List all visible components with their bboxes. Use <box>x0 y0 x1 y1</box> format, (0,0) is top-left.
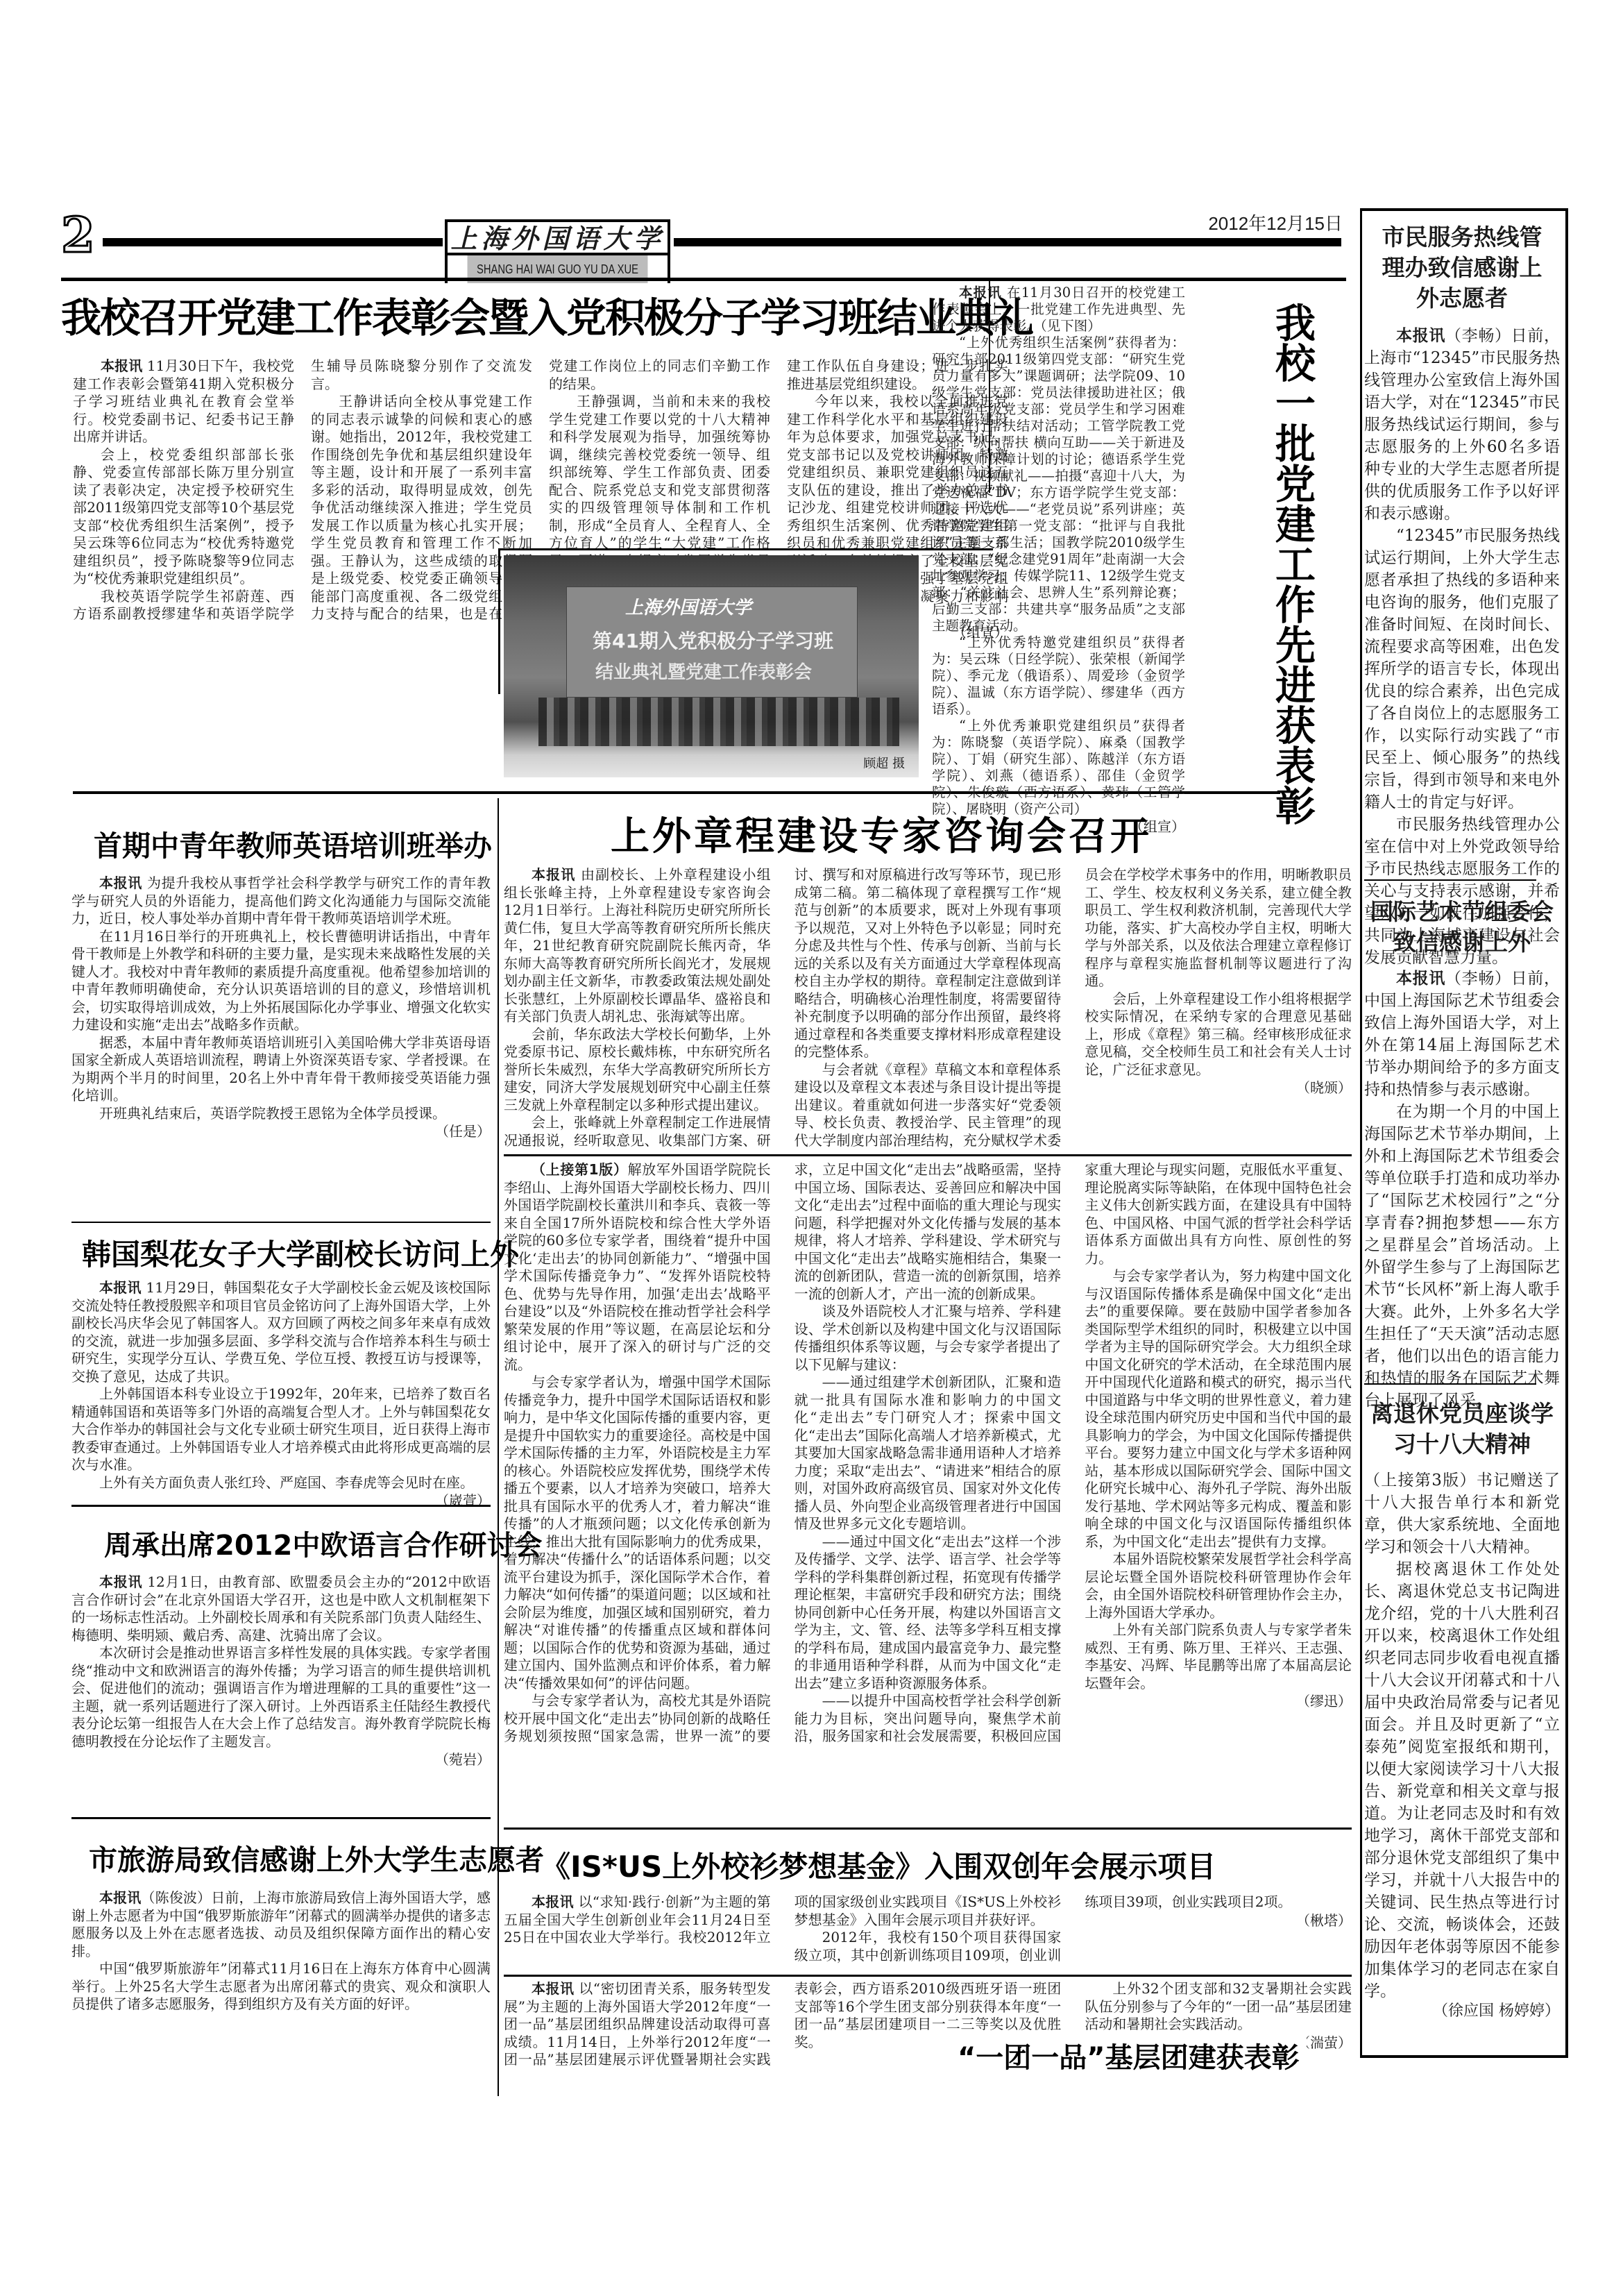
sidebar-rule-2 <box>1364 1383 1536 1385</box>
forum-continued-body: （上接第1版）解放军外国语学院院长李绍山、上海外国语大学副校长杨力、四川外国语学… <box>504 1161 1352 1821</box>
tourism-letter-body: 本报讯（陈俊波）日前，上海市旅游局致信上海外国语大学，感谢上外志愿者为中国“俄罗… <box>71 1889 491 2014</box>
masthead-bar-left <box>103 238 443 246</box>
page-number: 2 <box>61 211 95 260</box>
retirees-headline: 离退休党员座谈学习十八大精神 <box>1364 1399 1560 1460</box>
masthead-bar-right <box>674 238 1341 246</box>
lead-headline: 我校召开党建工作表彰会暨入党积极分子学习班结业典礼 <box>61 290 991 346</box>
eu-seminar-headline: 周承出席2012中欧语言合作研讨会 <box>104 1525 542 1567</box>
awards-vertical-headline: 我校一批党建工作先进获表彰 <box>1271 302 1313 825</box>
sidebar-retirees: 离退休党员座谈学习十八大精神 （上接第3版）书记赠送了十八大报告单行本和新党章，… <box>1364 1399 1560 2020</box>
awards-article-body: 本报讯 在11月30日召开的校党建工作表彰会上，一批党建工作先进典型、先进个人获… <box>932 285 1185 836</box>
tourism-letter-headline: 市旅游局致信感谢上外大学生志愿者 <box>89 1839 544 1881</box>
sidebar-rule-1 <box>1364 879 1536 881</box>
korea-visit-headline: 韩国梨花女子大学副校长访问上外 <box>82 1234 519 1276</box>
league-award-headline: “一团一品”基层团建获表彰 <box>951 2037 1307 2079</box>
charter-body: 本报讯 由副校长、上外章程建设小组组长张峰主持，上外章程建设专家咨询会12月1日… <box>504 866 1352 1151</box>
korea-visit-body: 本报讯 11月29日，韩国梨花女子大学副校长金云妮及该校国际交流处特任教授殷熙辛… <box>71 1279 491 1510</box>
photo-credit: 顾超 摄 <box>863 754 905 772</box>
masthead-underline <box>61 278 1346 281</box>
photo-banner-line3: 结业典礼暨党建工作表彰会 <box>595 658 812 684</box>
isus-body: 本报讯 以“求知·践行·创新”为主题的第五届全国大学生创新创业年会11月24日至… <box>504 1893 1352 1970</box>
arts-festival-headline: 国际艺术节组委会致信感谢上外 <box>1364 897 1560 958</box>
masthead: 2 上海外国语大学 SHANG HAI WAI GUO YU DA XUE 20… <box>61 205 1346 282</box>
rule-isus-bottom <box>504 1975 1352 1977</box>
sidebar-arts-festival: 国际艺术节组委会致信感谢上外 本报讯（李畅）日前，中国上海国际艺术节组委会致信上… <box>1364 897 1560 1412</box>
masthead-title: 上海外国语大学 <box>448 222 668 255</box>
eu-seminar-body: 本报讯 12月1日，由教育部、欧盟委员会主办的“2012中欧语言合作研讨会”在北… <box>71 1573 491 1769</box>
left-column-divider <box>498 798 499 2096</box>
event-photo: 上海外国语大学 第41期入党积极分子学习班 结业典礼暨党建工作表彰会 顾超 摄 <box>504 555 919 777</box>
rule-charter-bottom <box>504 1154 1352 1156</box>
lead-photo-frame-top <box>498 548 993 550</box>
photo-banner-line1: 上海外国语大学 <box>625 593 751 619</box>
sidebar-hotline: 市民服务热线管理办致信感谢上外志愿者 本报讯（李畅）日前，上海市“12345”市… <box>1364 222 1560 969</box>
rule-2 <box>71 1505 491 1507</box>
teacher-training-headline: 首期中青年教师英语培训班举办 <box>94 826 492 866</box>
photo-banner-line2: 第41期入党积极分子学习班 <box>593 626 833 654</box>
rule-3 <box>71 1817 491 1819</box>
masthead-logo: 上海外国语大学 SHANG HAI WAI GUO YU DA XUE <box>445 219 670 283</box>
issue-date: 2012年12月15日 <box>1208 210 1343 235</box>
charter-headline: 上外章程建设专家咨询会召开 <box>611 812 1152 862</box>
lead-photo-frame-left <box>498 548 500 694</box>
hotline-headline: 市民服务热线管理办致信感谢上外志愿者 <box>1364 222 1560 314</box>
isus-headline: 《IS*US上外校衫梦想基金》入围双创年会展示项目 <box>541 1846 1216 1888</box>
rule-1 <box>71 1222 491 1223</box>
teacher-training-body: 本报讯 为提升我校从事哲学社会科学教学与研究工作的青年教学与研究人员的外语能力，… <box>71 875 491 1140</box>
rule-forum-bottom <box>504 1827 1352 1830</box>
